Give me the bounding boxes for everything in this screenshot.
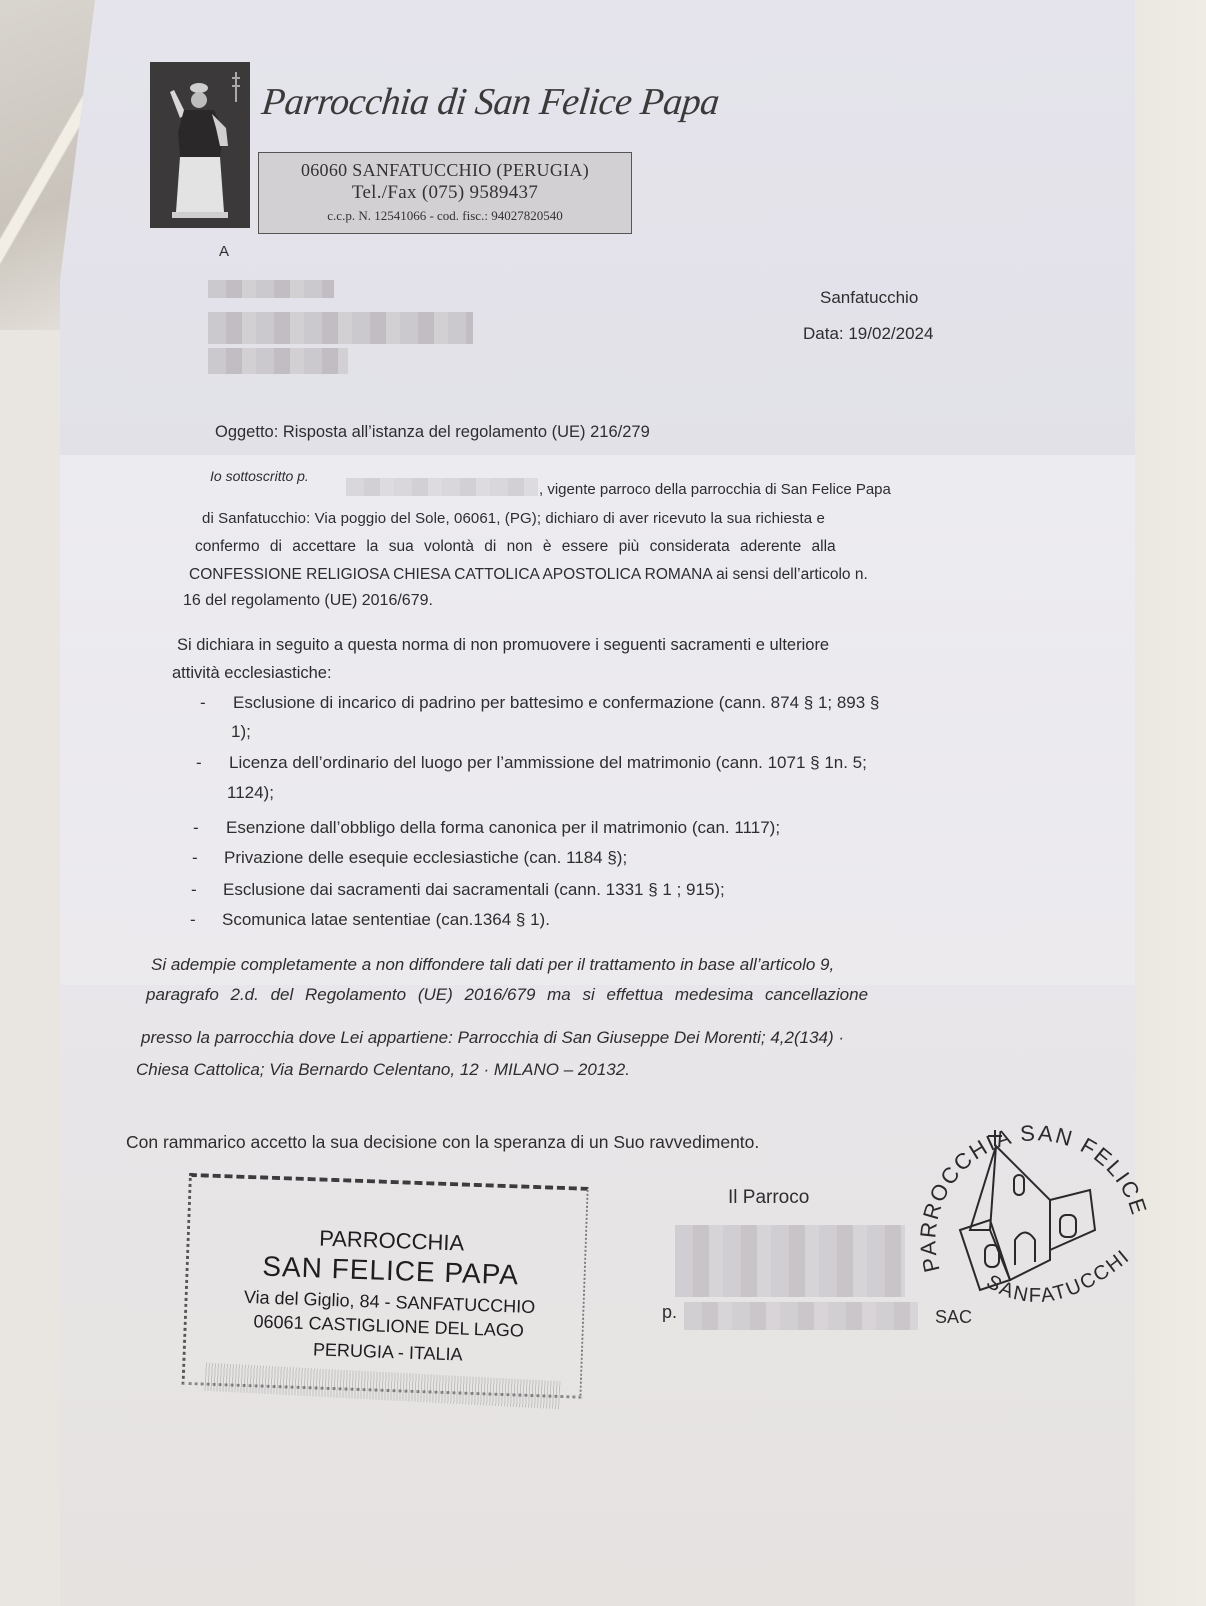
bullet-item-continued: 1124);	[227, 783, 274, 803]
bullet-item: Esclusione di incarico di padrino per ba…	[233, 693, 879, 713]
signature-redacted	[675, 1225, 905, 1297]
letterhead-address: 06060 SANFATUCCHIO (PERUGIA)	[259, 160, 631, 181]
bullet-marker: -	[200, 693, 206, 713]
signer-name-redacted	[684, 1302, 918, 1330]
intro-line: , vigente parroco della parrocchia di Sa…	[539, 481, 891, 498]
signature-prefix: p.	[662, 1302, 677, 1323]
bullet-item: Licenza dell’ordinario del luogo per l’a…	[229, 753, 867, 773]
signature-title: Il Parroco	[728, 1187, 809, 1209]
letterhead-phone: Tel./Fax (075) 9589437	[259, 182, 631, 204]
recipient-city-redacted	[208, 348, 348, 374]
declaration-line: Si dichiara in seguito a questa norma di…	[177, 636, 829, 655]
letter-subject: Oggetto: Risposta all’istanza del regola…	[215, 423, 650, 442]
priest-name-redacted	[346, 478, 538, 496]
bullet-marker: -	[191, 880, 197, 900]
bullet-item: Esclusione dai sacramenti dai sacramenta…	[223, 880, 725, 900]
data-line: Chiesa Cattolica; Via Bernardo Celentano…	[136, 1060, 630, 1080]
bullet-marker: -	[196, 753, 202, 773]
data-line: presso la parrocchia dove Lei appartiene…	[141, 1028, 844, 1048]
intro-line: 16 del regolamento (UE) 2016/679.	[183, 592, 433, 610]
intro-line: confermo di accettare la sua volontà di …	[195, 538, 836, 556]
letter-date: Data: 19/02/2024	[803, 324, 933, 344]
recipient-street-redacted	[208, 312, 473, 344]
bullet-marker: -	[193, 818, 199, 838]
bullet-item-continued: 1);	[231, 722, 251, 742]
recipient-prefix: A	[219, 243, 229, 260]
parish-name: Parrocchia di San Felice Papa	[260, 80, 721, 124]
letterhead-info-box: 06060 SANFATUCCHIO (PERUGIA) Tel./Fax (0…	[258, 152, 632, 234]
parish-round-stamp: PARROCCHIA SAN FELICE PAPA - SANFATUCCHI…	[900, 1080, 1160, 1340]
declaration-line: attività ecclesiastiche:	[172, 664, 332, 683]
intro-line: di Sanfatucchio: Via poggio del Sole, 06…	[202, 510, 825, 527]
bullet-marker: -	[190, 910, 196, 930]
closing-line: Con rammarico accetto la sua decisione c…	[126, 1132, 759, 1153]
data-line: paragrafo 2.d. del Regolamento (UE) 2016…	[146, 985, 868, 1005]
data-line: Si adempie completamente a non diffonder…	[151, 955, 834, 975]
saint-statue-icon	[150, 62, 250, 228]
background-right-edge	[1135, 0, 1206, 1606]
letter-place: Sanfatucchio	[820, 288, 918, 308]
recipient-name-redacted	[208, 280, 334, 298]
bullet-item: Privazione delle esequie ecclesiastiche …	[224, 848, 627, 868]
saint-statue-image	[150, 62, 250, 228]
letterhead-codes: c.c.p. N. 12541066 - cod. fisc.: 9402782…	[259, 208, 631, 224]
bullet-marker: -	[192, 848, 198, 868]
bullet-item: Scomunica latae sententiae (can.1364 § 1…	[222, 910, 550, 930]
intro-line: CONFESSIONE RELIGIOSA CHIESA CATTOLICA A…	[189, 566, 868, 584]
bullet-item: Esenzione dall’obbligo della forma canon…	[226, 818, 780, 838]
intro-line: Io sottoscritto p.	[210, 468, 309, 484]
